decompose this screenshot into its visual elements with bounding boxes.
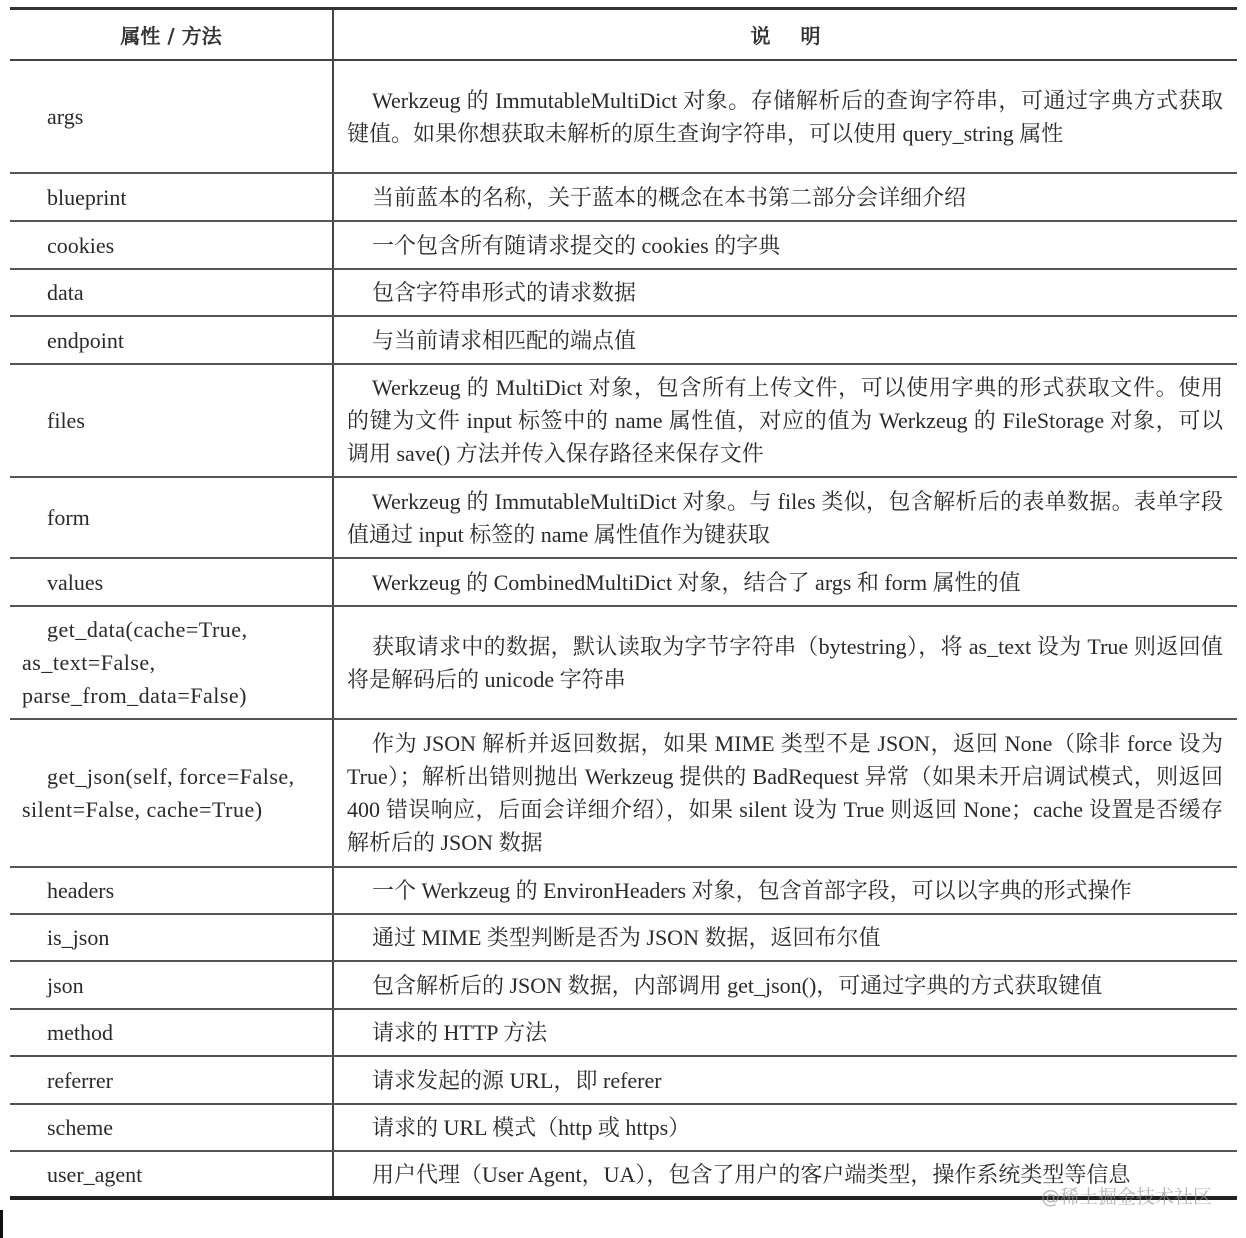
table-row: is_json通过 MIME 类型判断是否为 JSON 数据，返回布尔值 [10,914,1237,961]
table-row: valuesWerkzeug 的 CombinedMultiDict 对象，结合… [10,558,1237,606]
description-cell: 通过 MIME 类型判断是否为 JSON 数据，返回布尔值 [333,914,1237,961]
table-row: argsWerkzeug 的 ImmutableMultiDict 对象。存储解… [10,60,1237,173]
property-cell: referrer [10,1056,333,1104]
table-body: argsWerkzeug 的 ImmutableMultiDict 对象。存储解… [10,60,1237,1198]
property-cell: blueprint [10,173,333,221]
table-row: referrer请求发起的源 URL，即 referer [10,1056,1237,1104]
property-cell: headers [10,867,333,914]
property-cell: form [10,477,333,558]
property-cell: args [10,60,333,173]
description-cell: Werkzeug 的 MultiDict 对象，包含所有上传文件，可以使用字典的… [333,364,1237,477]
description-cell: 与当前请求相匹配的端点值 [333,316,1237,364]
table-row: formWerkzeug 的 ImmutableMultiDict 对象。与 f… [10,477,1237,558]
table-row: cookies一个包含所有随请求提交的 cookies 的字典 [10,221,1237,269]
request-attributes-table: 属性 / 方法 说明 argsWerkzeug 的 ImmutableMulti… [10,7,1237,1200]
description-cell: 请求的 HTTP 方法 [333,1009,1237,1056]
property-cell: values [10,558,333,606]
description-cell: Werkzeug 的 ImmutableMultiDict 对象。存储解析后的查… [333,60,1237,173]
table-row: get_data(cache=True, as_text=False, pars… [10,606,1237,719]
description-cell: Werkzeug 的 ImmutableMultiDict 对象。与 files… [333,477,1237,558]
table-row: json包含解析后的 JSON 数据，内部调用 get_json()，可通过字典… [10,961,1237,1009]
request-attributes-table-container: 属性 / 方法 说明 argsWerkzeug 的 ImmutableMulti… [10,7,1237,1200]
table-row: data包含字符串形式的请求数据 [10,269,1237,316]
description-cell: 请求的 URL 模式（http 或 https） [333,1104,1237,1151]
description-cell: 作为 JSON 解析并返回数据，如果 MIME 类型不是 JSON，返回 Non… [333,719,1237,867]
table-row: headers一个 Werkzeug 的 EnvironHeaders 对象，包… [10,867,1237,914]
property-cell: cookies [10,221,333,269]
property-cell: is_json [10,914,333,961]
description-cell: 一个 Werkzeug 的 EnvironHeaders 对象，包含首部字段，可… [333,867,1237,914]
description-cell: 包含字符串形式的请求数据 [333,269,1237,316]
description-cell: 请求发起的源 URL，即 referer [333,1056,1237,1104]
description-cell: 一个包含所有随请求提交的 cookies 的字典 [333,221,1237,269]
edge-mark [0,1210,3,1238]
table-row: get_json(self, force=False, silent=False… [10,719,1237,867]
column-header-property: 属性 / 方法 [10,9,333,61]
column-header-description: 说明 [333,9,1237,61]
property-cell: files [10,364,333,477]
description-cell: 包含解析后的 JSON 数据，内部调用 get_json()，可通过字典的方式获… [333,961,1237,1009]
table-row: method请求的 HTTP 方法 [10,1009,1237,1056]
description-cell: 获取请求中的数据，默认读取为字节字符串（bytestring），将 as_tex… [333,606,1237,719]
property-cell: scheme [10,1104,333,1151]
table-row: endpoint与当前请求相匹配的端点值 [10,316,1237,364]
property-cell: get_json(self, force=False, silent=False… [10,719,333,867]
property-cell: json [10,961,333,1009]
description-cell: 当前蓝本的名称，关于蓝本的概念在本书第二部分会详细介绍 [333,173,1237,221]
property-cell: get_data(cache=True, as_text=False, pars… [10,606,333,719]
description-cell: Werkzeug 的 CombinedMultiDict 对象，结合了 args… [333,558,1237,606]
table-header-row: 属性 / 方法 说明 [10,9,1237,61]
watermark: @稀土掘金技术社区 [1041,1182,1212,1209]
property-cell: data [10,269,333,316]
property-cell: user_agent [10,1151,333,1198]
table-row: scheme请求的 URL 模式（http 或 https） [10,1104,1237,1151]
table-row: blueprint当前蓝本的名称，关于蓝本的概念在本书第二部分会详细介绍 [10,173,1237,221]
property-cell: endpoint [10,316,333,364]
table-row: filesWerkzeug 的 MultiDict 对象，包含所有上传文件，可以… [10,364,1237,477]
property-cell: method [10,1009,333,1056]
